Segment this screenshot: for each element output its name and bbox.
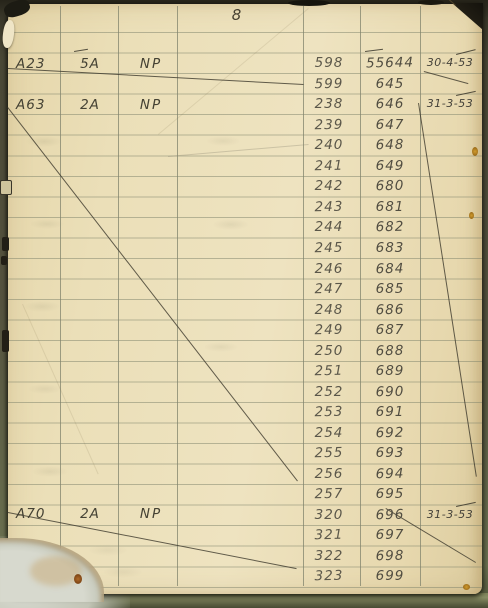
binder-tab — [0, 180, 12, 195]
number-cell: 688 — [360, 340, 420, 361]
table-row: 32069631-3-53 — [8, 505, 482, 525]
table-row: 250688 — [8, 341, 482, 361]
date-cell: 30-4-53 — [420, 53, 480, 73]
number-cell: 645 — [360, 74, 420, 94]
table-row: 241649 — [8, 156, 482, 176]
table-row: 251689 — [8, 361, 482, 381]
serial-cell: 257 — [298, 483, 360, 504]
table-row: 248686 — [8, 300, 482, 320]
table-row: 257695 — [8, 484, 482, 504]
number-cell: 693 — [360, 443, 420, 463]
serial-cell: 599 — [298, 73, 360, 94]
table-row: 246684 — [8, 259, 482, 279]
number-cell: 697 — [360, 525, 420, 545]
serial-cell: 249 — [298, 319, 360, 340]
binder-mark — [2, 237, 9, 251]
serial-cell: 255 — [298, 442, 360, 463]
scanned-ledger-image: 8 A23 5A NP A63 2A NP A70 2A NP 59855644… — [0, 0, 488, 608]
edge-stain — [472, 147, 478, 156]
stain — [74, 574, 82, 584]
date-cell: 31-3-53 — [420, 94, 480, 114]
table-row: 321697 — [8, 525, 482, 545]
binder-mark — [2, 330, 9, 352]
ledger-page: 8 A23 5A NP A63 2A NP A70 2A NP 59855644… — [8, 4, 482, 594]
table-row: 253691 — [8, 402, 482, 422]
serial-cell: 250 — [298, 341, 360, 361]
table-row: 245683 — [8, 238, 482, 258]
table-row: 5985564430-4-53 — [8, 53, 482, 73]
table-row: 242680 — [8, 176, 482, 196]
serial-cell: 322 — [298, 546, 360, 566]
table-row: 244682 — [8, 217, 482, 237]
serial-cell: 243 — [298, 196, 360, 217]
serial-cell: 246 — [298, 259, 360, 279]
serial-cell: 320 — [298, 505, 360, 525]
number-cell: 689 — [360, 361, 420, 381]
number-cell: 687 — [360, 320, 420, 340]
number-cell: 646 — [360, 93, 420, 114]
edge-stain — [463, 584, 470, 590]
serial-cell: 323 — [298, 565, 360, 586]
serial-cell: 598 — [298, 53, 360, 73]
number-cell: 690 — [360, 381, 420, 402]
edge-stain — [469, 212, 474, 219]
number-cell: 55644 — [360, 52, 420, 73]
table-row: 599645 — [8, 74, 482, 94]
number-cell: 686 — [360, 299, 420, 320]
serial-cell: 321 — [298, 524, 360, 545]
serial-cell: 252 — [298, 382, 360, 402]
table-row: 239647 — [8, 115, 482, 135]
page-number: 8 — [222, 6, 252, 24]
number-cell: 647 — [360, 115, 420, 135]
number-cell: 680 — [360, 175, 420, 196]
serial-cell: 240 — [298, 135, 360, 155]
number-cell: 694 — [360, 463, 420, 484]
serial-cell: 244 — [298, 217, 360, 237]
serial-cell: 242 — [298, 176, 360, 196]
table-row: 23864631-3-53 — [8, 94, 482, 114]
number-cell: 695 — [360, 484, 420, 504]
edge-stain — [288, 0, 330, 6]
number-cell: 648 — [360, 134, 420, 155]
table-row: 247685 — [8, 279, 482, 299]
serial-cell: 251 — [298, 360, 360, 381]
number-cell: 699 — [360, 566, 420, 586]
serial-cell: 248 — [298, 300, 360, 320]
table-row: 255693 — [8, 443, 482, 463]
serial-cell: 239 — [298, 114, 360, 135]
serial-cell: 256 — [298, 464, 360, 484]
number-cell: 698 — [360, 545, 420, 566]
serial-cell: 241 — [298, 155, 360, 176]
edge-stain — [418, 0, 444, 5]
table-row: 252690 — [8, 382, 482, 402]
serial-cell: 247 — [298, 278, 360, 299]
number-cell: 692 — [360, 422, 420, 443]
serial-cell: 254 — [298, 423, 360, 443]
number-cell: 684 — [360, 258, 420, 279]
serial-cell: 238 — [298, 94, 360, 114]
serial-cell: 245 — [298, 237, 360, 258]
table-row: 243681 — [8, 197, 482, 217]
number-cell: 685 — [360, 279, 420, 299]
table-row: 254692 — [8, 423, 482, 443]
date-cell: 31-3-53 — [420, 505, 480, 525]
number-cell: 691 — [360, 402, 420, 422]
number-cell: 696 — [360, 504, 420, 525]
number-cell: 649 — [360, 156, 420, 176]
number-cell: 681 — [360, 197, 420, 217]
number-cell: 683 — [360, 238, 420, 258]
number-cell: 682 — [360, 216, 420, 237]
table-row: 256694 — [8, 464, 482, 484]
serial-cell: 253 — [298, 401, 360, 422]
table-row: 249687 — [8, 320, 482, 340]
binder-mark — [1, 256, 7, 265]
table-row: 240648 — [8, 135, 482, 155]
